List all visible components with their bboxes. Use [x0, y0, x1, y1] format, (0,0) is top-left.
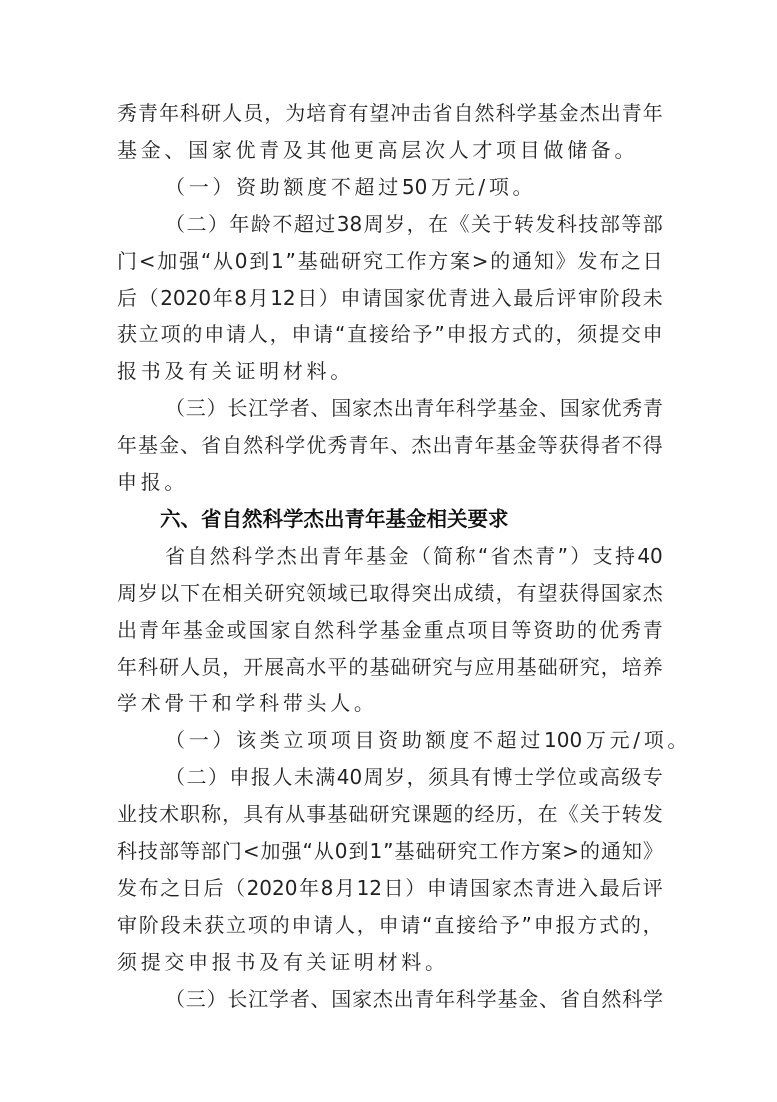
text-line: 门<加强“从0到1”基础研究工作方案>的通知》发布之日 — [117, 246, 663, 276]
text-line: 审阶段未获立项的申请人，申请“直接给予”申报方式的， — [117, 910, 663, 940]
text-line: 年基金、省自然科学优秀青年、杰出青年基金等获得者不得 — [117, 430, 663, 460]
text-line: 发布之日后（2020年8月12日）申请国家杰青进入最后评 — [117, 873, 663, 903]
text-line: 基金、国家优青及其他更高层次人才项目做储备。 — [117, 135, 663, 165]
text-line: 报书及有关证明材料。 — [117, 356, 663, 386]
text-line: 后（2020年8月12日）申请国家优青进入最后评审阶段未 — [117, 283, 663, 313]
text-line: （二）申报人未满40周岁，须具有博士学位或高级专 — [165, 762, 663, 792]
text-line: 科技部等部门<加强“从0到1”基础研究工作方案>的通知》 — [117, 836, 663, 866]
text-line: 申报。 — [117, 467, 663, 497]
text-line: （三）长江学者、国家杰出青年科学基金、省自然科学 — [165, 984, 663, 1014]
text-line: （一）资助额度不超过50万元/项。 — [165, 172, 663, 202]
text-line: 获立项的申请人，申请“直接给予”申报方式的，须提交申 — [117, 319, 663, 349]
text-line: 出青年基金或国家自然科学基金重点项目等资助的优秀青 — [117, 615, 663, 645]
text-line: 周岁以下在相关研究领域已取得突出成绩，有望获得国家杰 — [117, 578, 663, 608]
text-line: 业技术职称，具有从事基础研究课题的经历，在《关于转发 — [117, 799, 663, 829]
text-line: 学术骨干和学科带头人。 — [117, 688, 663, 718]
text-line: （一）该类立项项目资助额度不超过100万元/项。 — [165, 725, 663, 755]
text-line: 秀青年科研人员，为培育有望冲击省自然科学基金杰出青年 — [117, 98, 663, 128]
text-line: 省自然科学杰出青年基金（简称“省杰青”）支持40 — [165, 541, 663, 571]
text-line: 年科研人员，开展高水平的基础研究与应用基础研究，培养 — [117, 652, 663, 682]
section-heading: 六、省自然科学杰出青年基金相关要求 — [160, 504, 509, 534]
document-page: 秀青年科研人员，为培育有望冲击省自然科学基金杰出青年基金、国家优青及其他更高层次… — [0, 0, 777, 1102]
text-line: （三）长江学者、国家杰出青年科学基金、国家优秀青 — [165, 393, 663, 423]
text-line: （二）年龄不超过38周岁，在《关于转发科技部等部 — [165, 209, 663, 239]
text-line: 须提交申报书及有关证明材料。 — [117, 947, 663, 977]
